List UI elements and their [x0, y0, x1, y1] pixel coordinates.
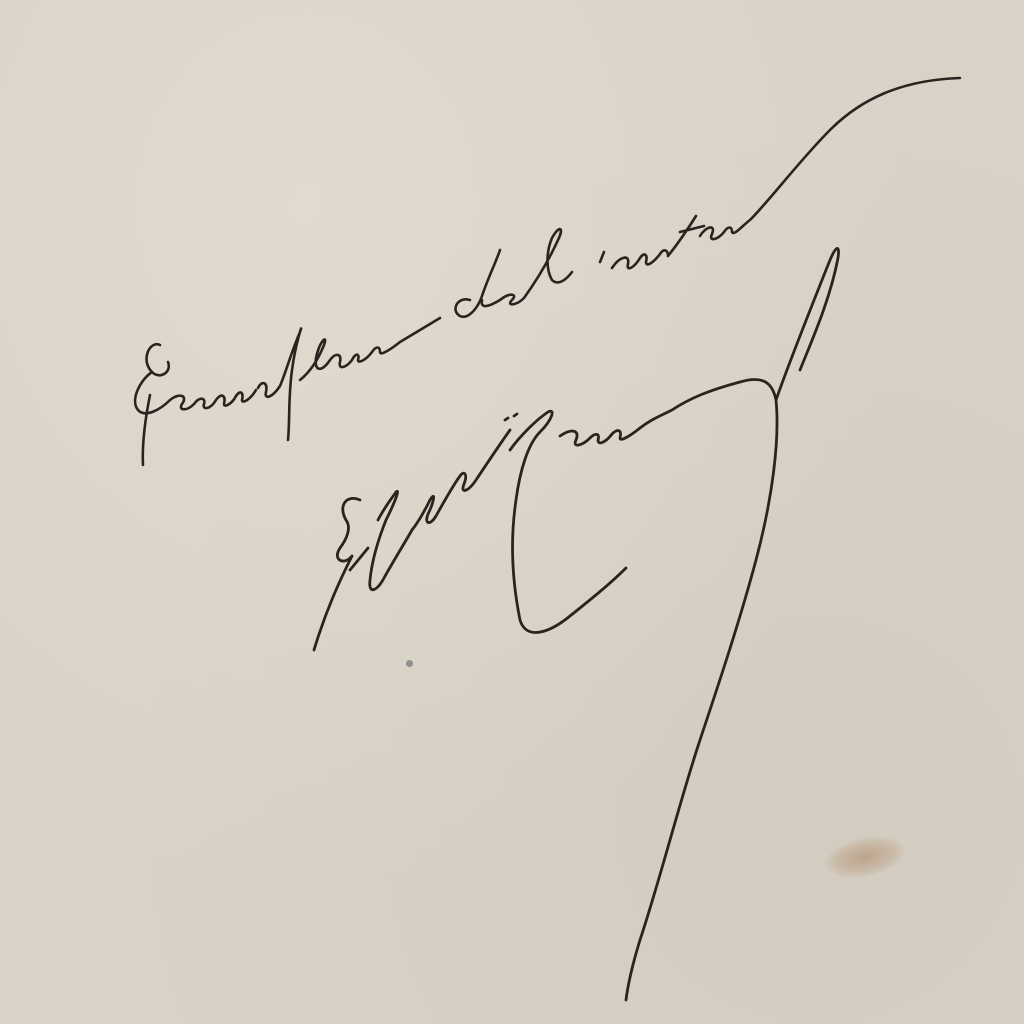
inscription-line	[455, 78, 960, 317]
signature	[314, 248, 839, 1000]
handwriting	[0, 0, 1024, 1024]
paper-background: Exemplaire de l'auteur J.-K. Huysmans	[0, 0, 1024, 1024]
inscription-line	[135, 318, 440, 465]
